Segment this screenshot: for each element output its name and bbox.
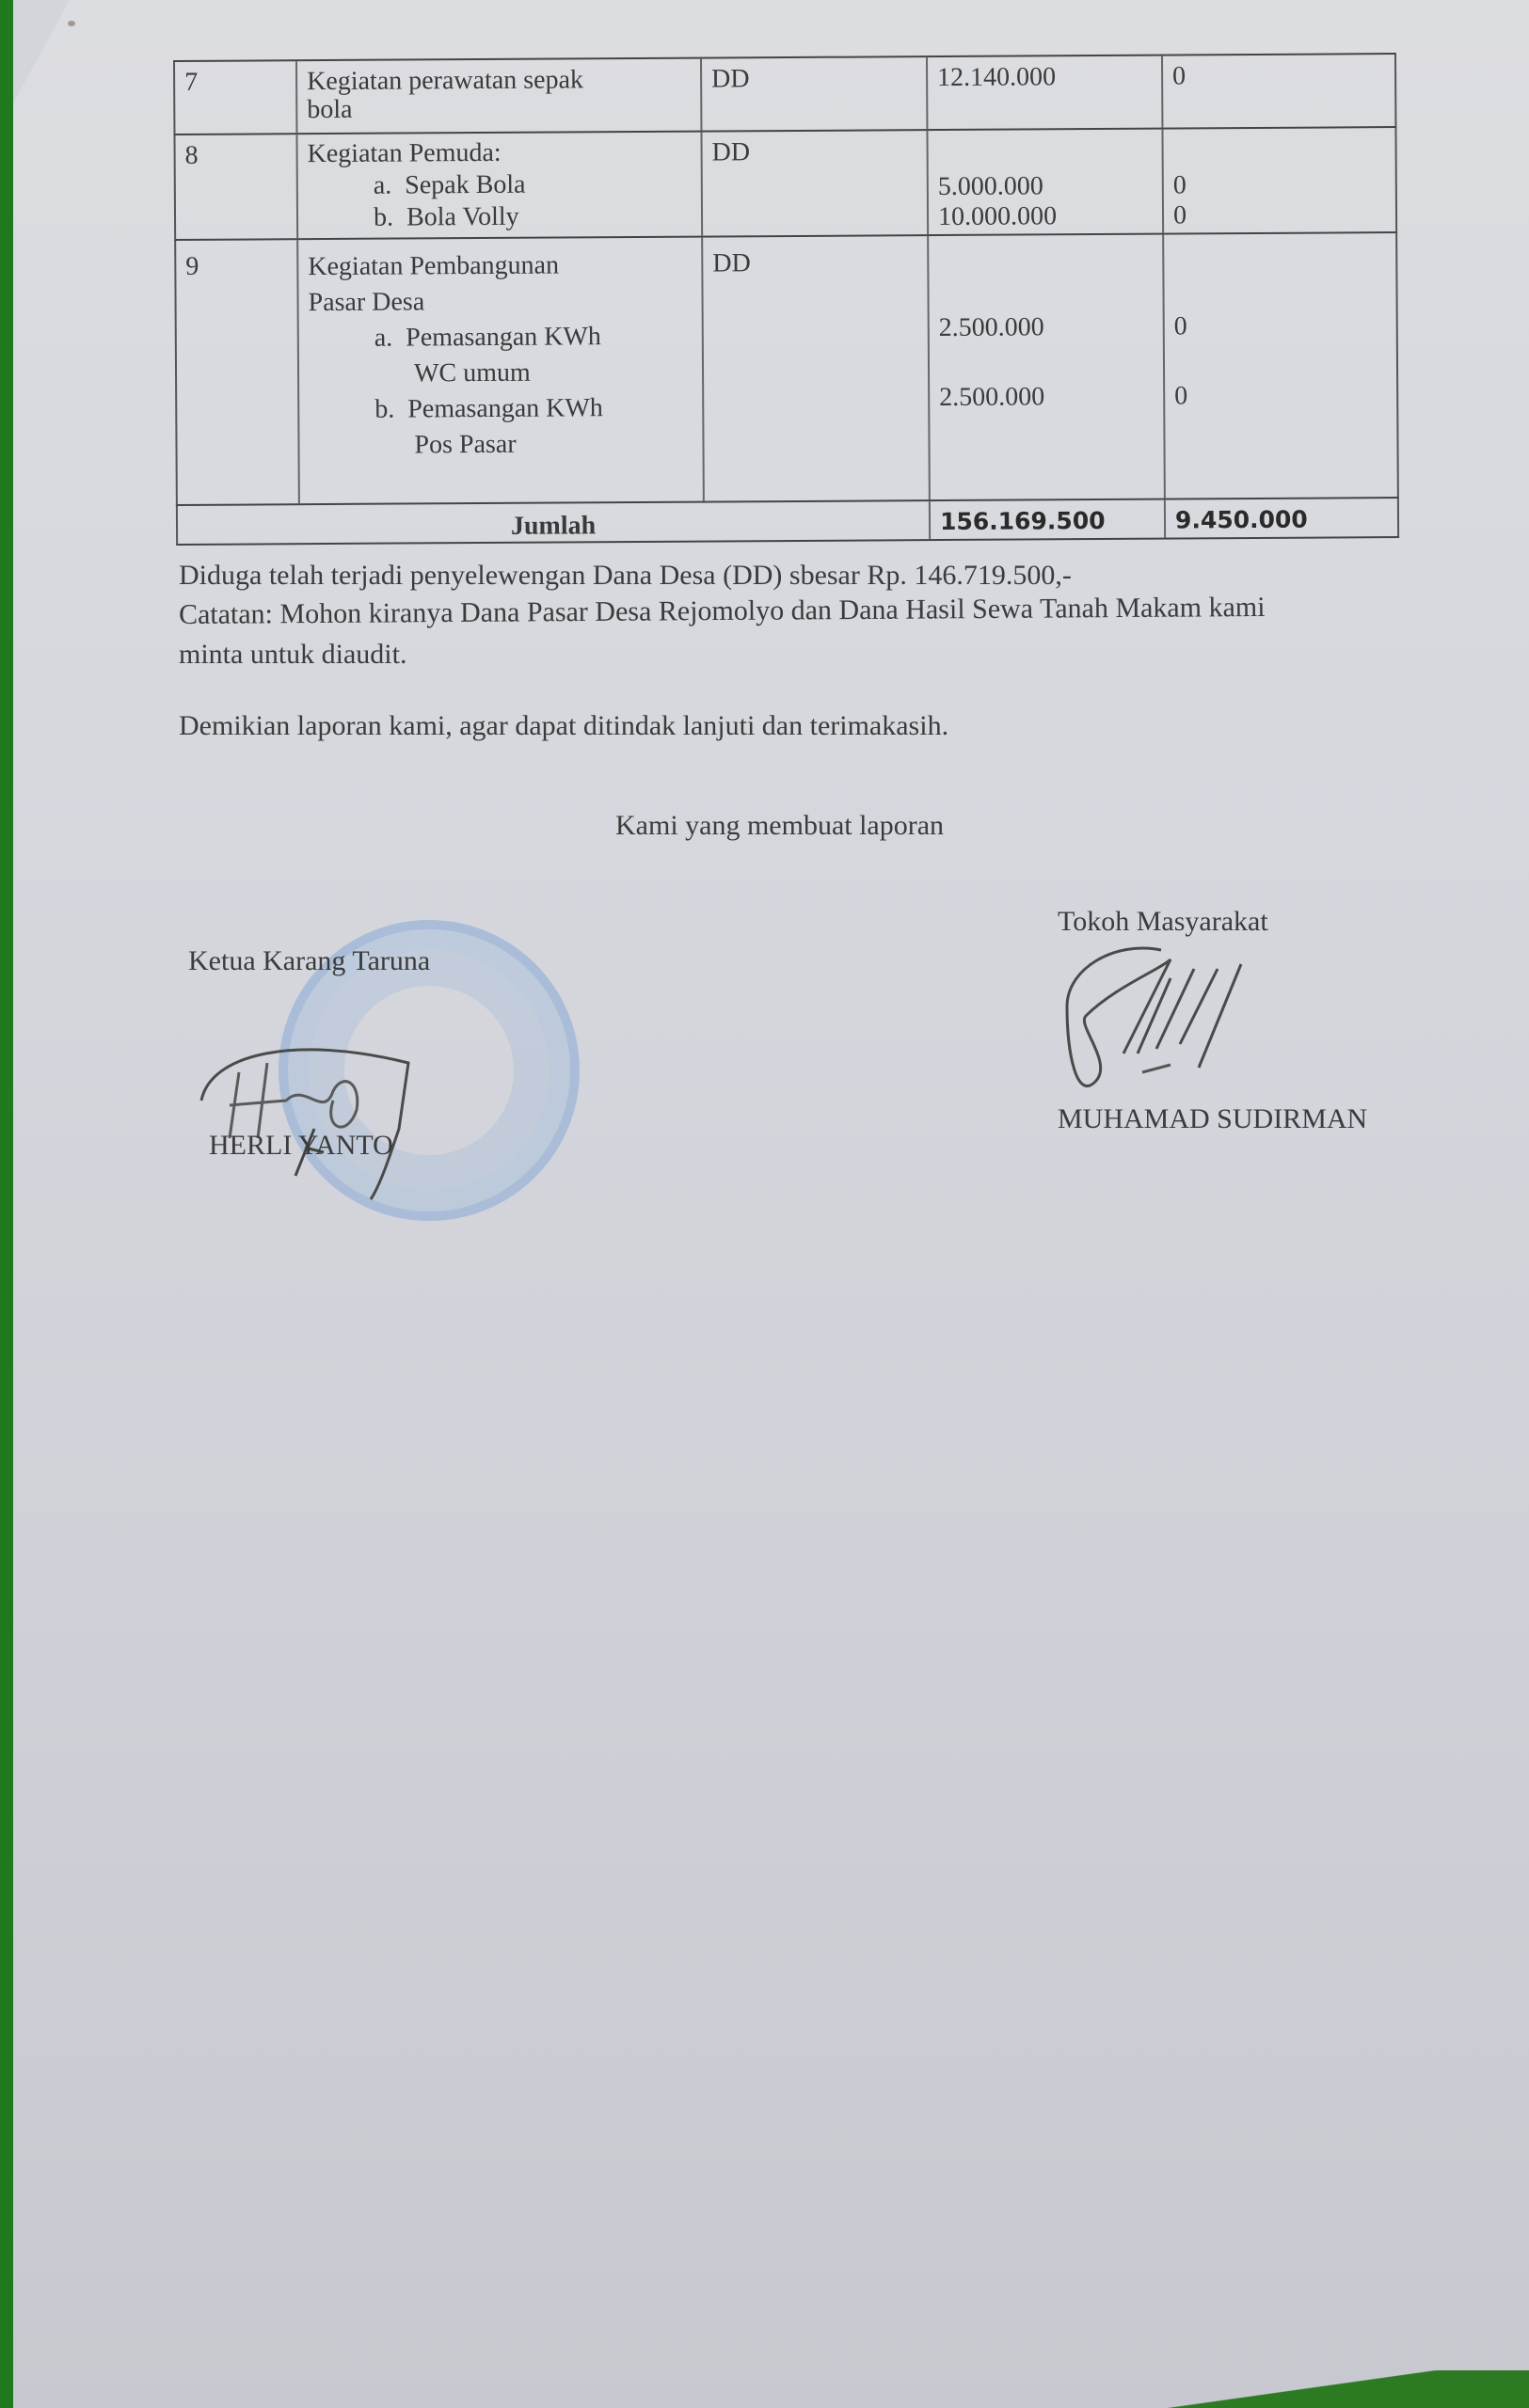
realization-amount: 0 0 — [1164, 233, 1397, 498]
budget-amount: 2.500.000 2.500.000 — [929, 235, 1166, 500]
note-line-1: Catatan: Mohon kiranya Dana Pasar Desa R… — [179, 589, 1266, 634]
row-number: 9 — [176, 240, 300, 504]
paper-fold-shadow — [13, 0, 70, 103]
table-row: 9 Kegiatan Pembangunan Pasar Desa a. Pem… — [174, 233, 1399, 506]
budget-amount: 5.000.000 10.000.000 — [928, 130, 1164, 235]
left-signatory-role: Ketua Karang Taruna — [188, 943, 430, 980]
closing-paragraph: Demikian laporan kami, agar dapat ditind… — [179, 707, 948, 745]
left-signatory-name: HERLI YANTO — [209, 1127, 393, 1164]
note-line-2: minta untuk diaudit. — [179, 636, 406, 673]
left-signature — [183, 997, 446, 1204]
total-budget: 156.169.500 — [931, 500, 1166, 540]
budget-table: 7 Kegiatan perawatan sepak bola DD 12.14… — [173, 53, 1399, 546]
total-realization: 9.450.000 — [1166, 499, 1397, 538]
right-signatory-role: Tokoh Masyarakat — [1058, 903, 1268, 941]
fund-source: DD — [703, 236, 931, 500]
closing-statement: Kami yang membuat laporan — [615, 807, 944, 845]
activity-cell: Kegiatan Pembangunan Pasar Desa a. Pemas… — [298, 238, 705, 504]
table-row: 7 Kegiatan perawatan sepak bola DD 12.14… — [173, 53, 1396, 135]
paper-sheet: 7 Kegiatan perawatan sepak bola DD 12.14… — [13, 0, 1529, 2408]
activity-cell: Kegiatan Pemuda: a. Sepak Bola b. Bola V… — [297, 133, 703, 239]
fund-source: DD — [702, 131, 929, 235]
background-surface — [1134, 2370, 1529, 2408]
budget-amount: 12.140.000 — [928, 56, 1163, 130]
table-row: 8 Kegiatan Pemuda: a. Sepak Bola b. Bola… — [173, 128, 1397, 241]
activity-cell: Kegiatan perawatan sepak bola — [297, 59, 702, 134]
realization-amount: 0 0 — [1163, 128, 1395, 233]
row-number: 7 — [175, 61, 297, 134]
right-signature — [1058, 941, 1274, 1101]
right-signatory-name: MUHAMAD SUDIRMAN — [1058, 1101, 1367, 1138]
total-label: Jumlah — [178, 501, 931, 544]
fund-source: DD — [702, 57, 928, 130]
paper-speck — [68, 21, 75, 26]
allegation-text: Diduga telah terjadi penyelewengan Dana … — [179, 557, 1072, 594]
row-number: 8 — [175, 135, 298, 239]
table-total-row: Jumlah 156.169.500 9.450.000 — [176, 499, 1399, 546]
realization-amount: 0 — [1163, 55, 1394, 128]
